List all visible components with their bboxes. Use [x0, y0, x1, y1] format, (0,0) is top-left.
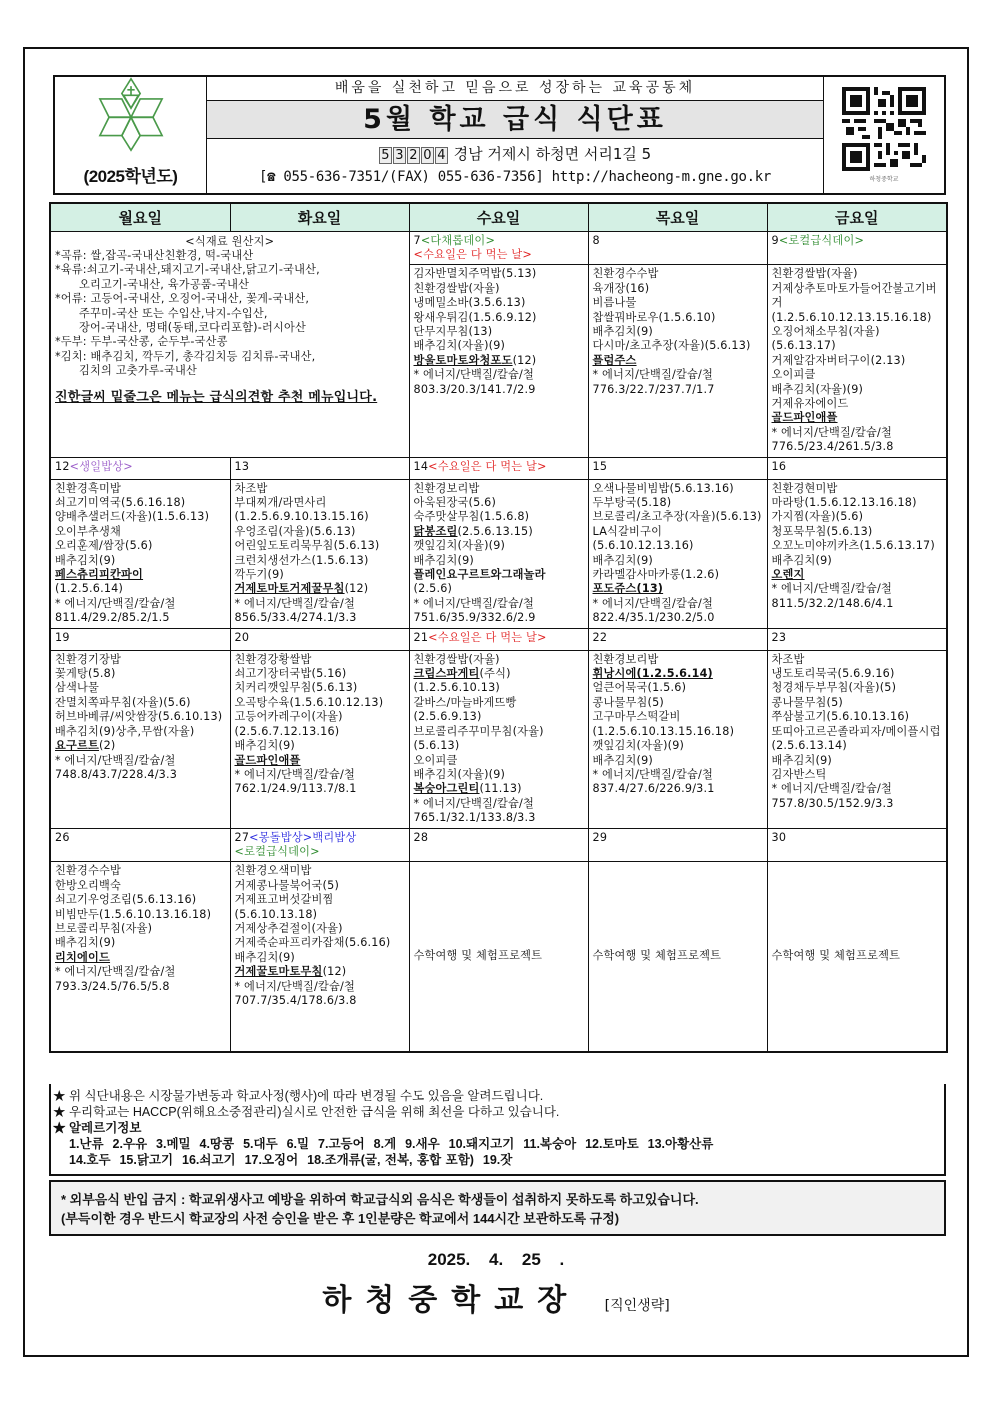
nutrition-label: * 에너지/단백질/칼슘/철 [772, 426, 943, 440]
outside-food-ban-notice: * 외부음식 반입 금지 : 학교위생사고 예방을 위하여 학교급식외 음식은 … [49, 1180, 946, 1236]
event-tag: <생일밥상> [70, 460, 133, 473]
date-cell: 21<수요일은 다 먹는 날> [409, 628, 588, 650]
dish-item: 리치에이드 [55, 951, 226, 965]
dish-item: 닭봉조림(2.5.6.13.15) [414, 525, 584, 539]
dish-item: 골드파인애플 [235, 754, 405, 768]
dish-item: 친환경수수밥 [593, 267, 763, 281]
nutrition-label: * 에너지/단백질/칼슘/철 [414, 797, 584, 811]
date-cell: 16 [767, 457, 947, 479]
allergy-title: ★ 알레르기정보 [53, 1120, 942, 1136]
dish-item: 친환경쌀밥(자율) [414, 653, 584, 667]
dish-item: 김자반스틱 [772, 768, 943, 782]
dish-item: 오꼬노미야끼카츠(1.5.6.13.17) [772, 539, 943, 553]
dish-item: 친환경보리밥 [414, 482, 584, 496]
dish-item: 차조밥 [235, 482, 405, 496]
event-tag: <수요일은 다 먹는 날> [414, 248, 532, 261]
weekday-header: 금요일 [767, 203, 947, 231]
date-cell: 26 [50, 828, 230, 862]
nutrition-values: 856.5/33.4/274.1/3.3 [235, 611, 405, 625]
dish-item: 오렌지 [772, 568, 943, 582]
dish-item: 부대찌개/라면사리(1.2.5.6.9.10.13.15.16) [235, 496, 405, 525]
date-row: 12<생일밥상>1314<수요일은 다 먹는 날>1516 [50, 457, 947, 479]
dish-item: 한방오리백숙 [55, 879, 226, 893]
nutrition-values: 811.5/32.2/148.6/4.1 [772, 597, 943, 611]
dish-item: 배추김치(9)상추,무쌈(자율) [55, 725, 226, 739]
dish-item: 마라탕(1.5.6.12.13.16.18) [772, 496, 943, 510]
allergy-list: 14.호두 15.닭고기 16.쇠고기 17.오징어 18.조개류(굴, 전복,… [53, 1152, 942, 1168]
dish-item: 거제상추겉절이(자율) [235, 922, 405, 936]
dish-item: 거제꿀토마토무침(12) [235, 965, 405, 979]
dish-item: 단무지무침(13) [414, 325, 584, 339]
nutrition-label: * 에너지/단백질/칼슘/철 [55, 597, 226, 611]
dish-item: 휘낭시에(1.2.5.6.14) [593, 667, 763, 681]
event-tag: <로컬급식데이> [235, 845, 320, 858]
menu-cell: 수학여행 및 체험프로젝트 [767, 862, 947, 1052]
dish-item: 육개장(16) [593, 282, 763, 296]
nutrition-label: * 에너지/단백질/칼슘/철 [772, 582, 943, 596]
date-cell: 19 [50, 628, 230, 650]
menu-cell: 친환경강황쌀밥쇠고기장터국밥(5.16)치커리깻잎무침(5.6.13)오곡탕수육… [230, 650, 409, 828]
menu-cell: 친환경보리밥휘낭시에(1.2.5.6.14)얼큰어묵국(1.5.6)콩나물무침(… [588, 650, 767, 828]
dish-item: 꽃게탕(5.8) [55, 667, 226, 681]
nutrition-values: 748.8/43.7/228.4/3.3 [55, 768, 226, 782]
dish-item: 콩나물무침(5) [593, 696, 763, 710]
menu-cell: 김자반멸치주먹밥(5.13)친환경쌀밥(자율)냉메밀소바(3.5.6.13)왕새… [409, 265, 588, 457]
date-number: 29 [593, 831, 608, 844]
seal-note: [직인생략] [605, 1298, 670, 1314]
dish-item: 쇠고기미역국(5.6.16.18) [55, 496, 226, 510]
note-line: ★ 위 식단내용은 시장물가변동과 학교사정(행사)에 따라 변경될 수도 있음… [53, 1088, 942, 1104]
dish-item: 비름나물 [593, 296, 763, 310]
date-number: 22 [593, 631, 608, 644]
dish-item: 오이피클 [772, 368, 943, 382]
dish-item: 친환경강황쌀밥 [235, 653, 405, 667]
dish-item: 얼큰어묵국(1.5.6) [593, 681, 763, 695]
dish-item: 브로콜리무침(자율) [55, 922, 226, 936]
date-row: 192021<수요일은 다 먹는 날>2223 [50, 628, 947, 650]
origin-line: *육류:쇠고기-국내산,돼지고기-국내산,닭고기-국내산, [55, 263, 405, 277]
date-cell: 8 [588, 231, 767, 265]
origin-line: *김치: 배추김치, 깍두기, 총각김치등 김치류-국내산, [55, 350, 405, 364]
weekday-header: 화요일 [230, 203, 409, 231]
date-number: 12 [55, 460, 70, 473]
dish-item: 브로콜리/초고추장(자율)(5.6.13) [593, 510, 763, 524]
zip-code: 53204 [379, 145, 454, 163]
date-cell: 13 [230, 457, 409, 479]
date-number: 26 [55, 831, 70, 844]
origin-line: 주꾸미-국산 또는 수입산,낙지-수입산, [55, 307, 405, 321]
event-tag: <수요일은 다 먹는 날> [428, 460, 546, 473]
ban-line: * 외부음식 반입 금지 : 학교위생사고 예방을 위하여 학교급식외 음식은 … [61, 1190, 934, 1209]
recommended-menu-note: 진한글씨 밑줄그은 메뉴는 급식의견함 추천 메뉴입니다. [55, 389, 405, 406]
nutrition-label: * 에너지/단백질/칼슘/철 [772, 782, 943, 796]
date-cell: 27<몽돌밥상>백리밥상<로컬급식데이> [230, 828, 409, 862]
date-row: <식재료 원산지>*곡류: 쌀,잡곡-국내산친환경, 떡-국내산*육류:쇠고기-… [50, 231, 947, 265]
dish-item: 잔멸치쪽파무침(자율)(5.6) [55, 696, 226, 710]
weekday-header: 월요일 [50, 203, 230, 231]
dish-item: 복숭아그린티(11.13) [414, 782, 584, 796]
dish-item: 친환경보리밥 [593, 653, 763, 667]
dish-item: 배추김치(9) [414, 554, 584, 568]
dish-item: 카라멜감사마카롱(1.2.6) [593, 568, 763, 582]
menu-cell: 친환경오색미밥거제콩나물북어국(5)거제표고버섯갈비찜(5.6.10.13.18… [230, 862, 409, 1052]
dish-item: 깍두기(9) [235, 568, 405, 582]
menu-cell: 오색나물비빔밥(5.6.13.16)두부탕국(5.18)브로콜리/초고추장(자율… [588, 479, 767, 628]
dish-item: 냉도토리묵국(5.6.9.16) [772, 667, 943, 681]
page-header: (2025학년도) 배움을 실천하고 믿음으로 성장하는 교육공동체 5월 학교… [53, 75, 946, 195]
weekday-header: 목요일 [588, 203, 767, 231]
origin-line: *두부: 두부-국산콩, 순두부-국산콩 [55, 335, 405, 349]
dish-item: 배추김치(9) [235, 739, 405, 753]
date-number: 15 [593, 460, 608, 473]
date-number: 13 [235, 460, 250, 473]
date-number: 28 [414, 831, 429, 844]
nutrition-values: 837.4/27.6/226.9/3.1 [593, 782, 763, 796]
meal-calendar-table: 월요일 화요일 수요일 목요일 금요일 <식재료 원산지>*곡류: 쌀,잡곡-국… [49, 202, 948, 1053]
nutrition-values: 707.7/35.4/178.6/3.8 [235, 994, 405, 1008]
dish-item: 다시마/초고추장(자율)(5.6.13) [593, 339, 763, 353]
dish-item: 거제표고버섯갈비찜(5.6.10.13.18) [235, 893, 405, 922]
dish-item: 요구르트(2) [55, 739, 226, 753]
dish-item: 브로콜리주꾸미무침(자율)(5.6.13) [414, 725, 584, 754]
date-number: 23 [772, 631, 787, 644]
dish-item: 어린잎도토리묵무침(5.6.13) [235, 539, 405, 553]
dish-item: 오징어채소무침(자율)(5.6.13.17) [772, 325, 943, 354]
qr-code-icon[interactable] [842, 87, 926, 171]
dish-item: 허브바베큐/씨앗쌈장(5.6.10.13) [55, 710, 226, 724]
date-cell: 30 [767, 828, 947, 862]
dish-item: 친환경쌀밥(자율) [772, 267, 943, 281]
dish-item: 크런치생선가스(1.5.6.13) [235, 554, 405, 568]
date-number: 27 [235, 831, 250, 844]
logo-cell: (2025학년도) [55, 77, 207, 193]
origin-line: *곡류: 쌀,잡곡-국내산친환경, 떡-국내산 [55, 249, 405, 263]
nutrition-label: * 에너지/단백질/칼슘/철 [414, 597, 584, 611]
menu-cell: 수학여행 및 체험프로젝트 [409, 862, 588, 1052]
principal-title: 하청중학교장 [322, 1283, 580, 1318]
dish-item: 찹쌀꿔바로우(1.5.6.10) [593, 311, 763, 325]
date-row: 2627<몽돌밥상>백리밥상<로컬급식데이>282930 [50, 828, 947, 862]
dish-item: 배추김치(9) [593, 325, 763, 339]
contact-info: [☎ 055-636-7351/(FAX) 055-636-7356] http… [207, 166, 823, 189]
menu-cell: 친환경현미밥마라탕(1.5.6.12.13.16.18)가지찜(자율)(5.6)… [767, 479, 947, 628]
origin-title: <식재료 원산지> [55, 235, 405, 249]
allergy-list: 1.난류 2.우유 3.메밀 4.땅콩 5.대두 6.밀 7.고등어 8.게 9… [53, 1136, 942, 1152]
field-trip-label: 수학여행 및 체험프로젝트 [414, 949, 584, 963]
nutrition-values: 765.1/32.1/133.8/3.3 [414, 811, 584, 825]
date-cell: 9<로컬급식데이> [767, 231, 947, 265]
origin-line: 김치의 고춧가루-국내산 [55, 364, 405, 378]
dish-item: 오이부추생채 [55, 525, 226, 539]
date-cell: 14<수요일은 다 먹는 날> [409, 457, 588, 479]
dish-item: 양배추샐러드(자율)(1.5.6.13) [55, 510, 226, 524]
dish-item: 거제토마토거제꿀무침(12) [235, 582, 405, 596]
date-cell: 12<생일밥상> [50, 457, 230, 479]
date-number: 7 [414, 234, 421, 247]
weekday-header: 수요일 [409, 203, 588, 231]
dish-item: (2.5.6) [414, 582, 584, 596]
dish-item: 배추김치(9) [772, 754, 943, 768]
dish-item: 친환경현미밥 [772, 482, 943, 496]
date-number: 30 [772, 831, 787, 844]
dish-item: 거제알감자버터구이(2.13) [772, 354, 943, 368]
nutrition-label: * 에너지/단백질/칼슘/철 [235, 980, 405, 994]
date-cell: 15 [588, 457, 767, 479]
nutrition-label: * 에너지/단백질/칼슘/철 [593, 768, 763, 782]
menu-cell: 친환경보리밥아욱된장국(5.6)숙주맛살무침(1.5.6.8)닭봉조림(2.5.… [409, 479, 588, 628]
nutrition-values: 803.3/20.3/141.7/2.9 [414, 383, 584, 397]
dish-item: 고구마무스떡갈비(1.2.5.6.10.13.15.16.18) [593, 710, 763, 739]
dish-item: 치커리깻잎무침(5.6.13) [235, 681, 405, 695]
note-line: ★ 우리학교는 HACCP(위해요소중점관리)실시로 안전한 급식을 위해 최선… [53, 1104, 942, 1120]
dish-item: 페스츄리피칸파이 [55, 568, 226, 582]
event-tag: <몽돌밥상>백리밥상 [249, 831, 356, 844]
principal-signature: 하청중학교장 [직인생략] [0, 1275, 992, 1319]
dish-item: 고등어카레구이(자율)(2.5.6.7.12.13.16) [235, 710, 405, 739]
nutrition-values: 793.3/24.5/76.5/5.8 [55, 980, 226, 994]
dish-item: 배추김치(자율)(9) [414, 768, 584, 782]
dish-item: 콩나물무침(5) [772, 696, 943, 710]
menu-row: 친환경흑미밥쇠고기미역국(5.6.16.18)양배추샐러드(자율)(1.5.6.… [50, 479, 947, 628]
date-cell: 28 [409, 828, 588, 862]
dish-item: 플럼주스 [593, 354, 763, 368]
nutrition-label: * 에너지/단백질/칼슘/철 [55, 965, 226, 979]
menu-row: 친환경기장밥꽃게탕(5.8)삼색나물잔멸치쪽파무침(자율)(5.6)허브바베큐/… [50, 650, 947, 828]
dish-item: 삼색나물 [55, 681, 226, 695]
dish-item: 배추김치(자율)(9) [772, 383, 943, 397]
weekday-header-row: 월요일 화요일 수요일 목요일 금요일 [50, 203, 947, 231]
dish-item: 비빔만두(1.5.6.10.13.16.18) [55, 908, 226, 922]
dish-item: 오이피클 [414, 754, 584, 768]
date-number: 20 [235, 631, 250, 644]
field-trip-label: 수학여행 및 체험프로젝트 [593, 949, 763, 963]
dish-item: 배추김치(9) [772, 554, 943, 568]
date-number: 16 [772, 460, 787, 473]
date-cell: 29 [588, 828, 767, 862]
page-title: 5월 학교 급식 식단표 [207, 101, 823, 139]
nutrition-values: 811.4/29.2/85.2/1.5 [55, 611, 226, 625]
dish-item: 숙주맛살무침(1.5.6.8) [414, 510, 584, 524]
menu-cell: 친환경쌀밥(자율)크림스파게티(주식)(1.2.5.6.10.13)갈바스/마늘… [409, 650, 588, 828]
date-cell: 20 [230, 628, 409, 650]
dish-item: 깻잎김치(자율)(9) [414, 539, 584, 553]
ban-line: (부득이한 경우 반드시 학교장의 사전 승인을 받은 후 1인분량은 학교에서… [61, 1209, 934, 1228]
dish-item: 오곡탕수육(1.5.6.10.12.13) [235, 696, 405, 710]
menu-cell: 친환경기장밥꽃게탕(5.8)삼색나물잔멸치쪽파무침(자율)(5.6)허브바베큐/… [50, 650, 230, 828]
dish-item: 방울토마토와청포도(12) [414, 354, 584, 368]
dish-item: 플레인요구르트와그래놀라 [414, 568, 584, 582]
dish-item: 김자반멸치주먹밥(5.13) [414, 267, 584, 281]
dish-item: 거제유자에이드 [772, 397, 943, 411]
origin-info-cell: <식재료 원산지>*곡류: 쌀,잡곡-국내산친환경, 떡-국내산*육류:쇠고기-… [50, 231, 409, 457]
date-number: 21 [414, 631, 429, 644]
dish-item: 크림스파게티(주식)(1.2.5.6.10.13) [414, 667, 584, 696]
title-block: 배움을 실천하고 믿음으로 성장하는 교육공동체 5월 학교 급식 식단표 53… [207, 77, 824, 193]
dish-item: 배추김치(9) [593, 554, 763, 568]
nutrition-label: * 에너지/단백질/칼슘/철 [593, 368, 763, 382]
dish-item: 거제콩나물북어국(5) [235, 879, 405, 893]
field-trip-label: 수학여행 및 체험프로젝트 [772, 949, 943, 963]
dish-item: 친환경수수밥 [55, 864, 226, 878]
nutrition-values: 751.6/35.9/332.6/2.9 [414, 611, 584, 625]
dish-item: 청경채두부무침(자율)(5) [772, 681, 943, 695]
dish-item: 오리훈제/쌈장(5.6) [55, 539, 226, 553]
address-block: 53204 경남 거제시 하청면 서리1길 5 [☎ 055-636-7351/… [207, 139, 823, 193]
menu-cell: 차조밥부대찌개/라면사리(1.2.5.6.9.10.13.15.16)우엉조림(… [230, 479, 409, 628]
date-cell: 22 [588, 628, 767, 650]
event-tag: <다채롭데이> [421, 234, 495, 247]
dish-item: 거제상추토마토가들어간불고기버거(1.2.5.6.10.12.13.15.16.… [772, 282, 943, 325]
dish-item: 청포묵무침(5.6.13) [772, 525, 943, 539]
qr-label: 하청중학교 [870, 174, 899, 183]
menu-cell: 수학여행 및 체험프로젝트 [588, 862, 767, 1052]
nutrition-values: 762.1/24.9/113.7/8.1 [235, 782, 405, 796]
dish-item: 또띠아고르곤졸라피자/메이플시럽(2.5.6.13.14) [772, 725, 943, 754]
menu-cell: 친환경쌀밥(자율)거제상추토마토가들어간불고기버거(1.2.5.6.10.12.… [767, 265, 947, 457]
dish-item: (1.2.5.6.14) [55, 582, 226, 596]
dish-item: 쇠고기우엉조림(5.6.13.16) [55, 893, 226, 907]
origin-line: 오리고기-국내산, 육가공품-국내산 [55, 278, 405, 292]
nutrition-label: * 에너지/단백질/칼슘/철 [55, 754, 226, 768]
date-number: 9 [772, 234, 779, 247]
dish-item: 왕새우튀김(1.5.6.9.12) [414, 311, 584, 325]
dish-item: 쇠고기장터국밥(5.16) [235, 667, 405, 681]
date-cell: 7<다채롭데이><수요일은 다 먹는 날> [409, 231, 588, 265]
dish-item: 가지찜(자율)(5.6) [772, 510, 943, 524]
dish-item: 친환경오색미밥 [235, 864, 405, 878]
menu-cell: 친환경수수밥한방오리백숙쇠고기우엉조림(5.6.13.16)비빔만두(1.5.6… [50, 862, 230, 1052]
dish-item: 배추김치(9) [593, 754, 763, 768]
dish-item: 깻잎김치(자율)(9) [593, 739, 763, 753]
qr-cell: 하청중학교 [824, 77, 944, 193]
address: 경남 거제시 하청면 서리1길 5 [454, 145, 652, 163]
nutrition-label: * 에너지/단백질/칼슘/철 [414, 368, 584, 382]
dish-item: 배추김치(9) [55, 936, 226, 950]
date-number: 14 [414, 460, 429, 473]
date-number: 8 [593, 234, 600, 247]
dish-item: 친환경기장밥 [55, 653, 226, 667]
dish-item: 우엉조림(자율)(5.6.13) [235, 525, 405, 539]
dish-item: 배추김치(9) [235, 951, 405, 965]
dish-item: 아욱된장국(5.6) [414, 496, 584, 510]
dish-item: 갈바스/마늘바게뜨빵(2.5.6.9.13) [414, 696, 584, 725]
nutrition-values: 757.8/30.5/152.9/3.3 [772, 797, 943, 811]
dish-item: 친환경흑미밥 [55, 482, 226, 496]
dish-item: 골드파인애플 [772, 411, 943, 425]
dish-item: 차조밥 [772, 653, 943, 667]
nutrition-values: 822.4/35.1/230.2/5.0 [593, 611, 763, 625]
dish-item: 쭈삼불고기(5.6.10.13.16) [772, 710, 943, 724]
dish-item: 배추김치(9) [55, 554, 226, 568]
dish-item: 두부탕국(5.18) [593, 496, 763, 510]
menu-cell: 친환경수수밥육개장(16)비름나물찹쌀꿔바로우(1.5.6.10)배추김치(9)… [588, 265, 767, 457]
school-logo-icon [95, 77, 167, 152]
origin-line: *어류: 고등어-국내산, 오징어-국내산, 꽃게-국내산, [55, 292, 405, 306]
date-cell: 23 [767, 628, 947, 650]
nutrition-label: * 에너지/단백질/칼슘/철 [593, 597, 763, 611]
nutrition-values: 776.5/23.4/261.5/3.8 [772, 440, 943, 454]
dish-item: 거제죽순파프리카잡채(5.6.16) [235, 936, 405, 950]
dish-item: 냉메밀소바(3.5.6.13) [414, 296, 584, 310]
nutrition-label: * 에너지/단백질/칼슘/철 [235, 597, 405, 611]
dish-item: 포도쥬스(13) [593, 582, 763, 596]
dish-item: 친환경쌀밥(자율) [414, 282, 584, 296]
nutrition-values: 776.3/22.7/237.7/1.7 [593, 383, 763, 397]
school-year: (2025학년도) [84, 162, 178, 187]
menu-row: 친환경수수밥한방오리백숙쇠고기우엉조림(5.6.13.16)비빔만두(1.5.6… [50, 862, 947, 1052]
origin-line: 장어-국내산, 명태(동태,코다리포함)-러시아산 [55, 321, 405, 335]
dish-item: 배추김치(자율)(9) [414, 339, 584, 353]
date-number: 19 [55, 631, 70, 644]
dish-item: 오색나물비빔밥(5.6.13.16) [593, 482, 763, 496]
menu-cell: 차조밥냉도토리묵국(5.6.9.16)청경채두부무침(자율)(5)콩나물무침(5… [767, 650, 947, 828]
issue-date: 2025. 4. 25 . [0, 1250, 992, 1270]
notes-section: ★ 위 식단내용은 시장물가변동과 학교사정(행사)에 따라 변경될 수도 있음… [49, 1084, 946, 1176]
school-motto: 배움을 실천하고 믿음으로 성장하는 교육공동체 [207, 77, 823, 101]
nutrition-label: * 에너지/단백질/칼슘/철 [235, 768, 405, 782]
event-tag: <수요일은 다 먹는 날> [428, 631, 546, 644]
menu-cell: 친환경흑미밥쇠고기미역국(5.6.16.18)양배추샐러드(자율)(1.5.6.… [50, 479, 230, 628]
event-tag: <로컬급식데이> [779, 234, 864, 247]
dish-item: LA식갈비구이(5.6.10.12.13.16) [593, 525, 763, 554]
